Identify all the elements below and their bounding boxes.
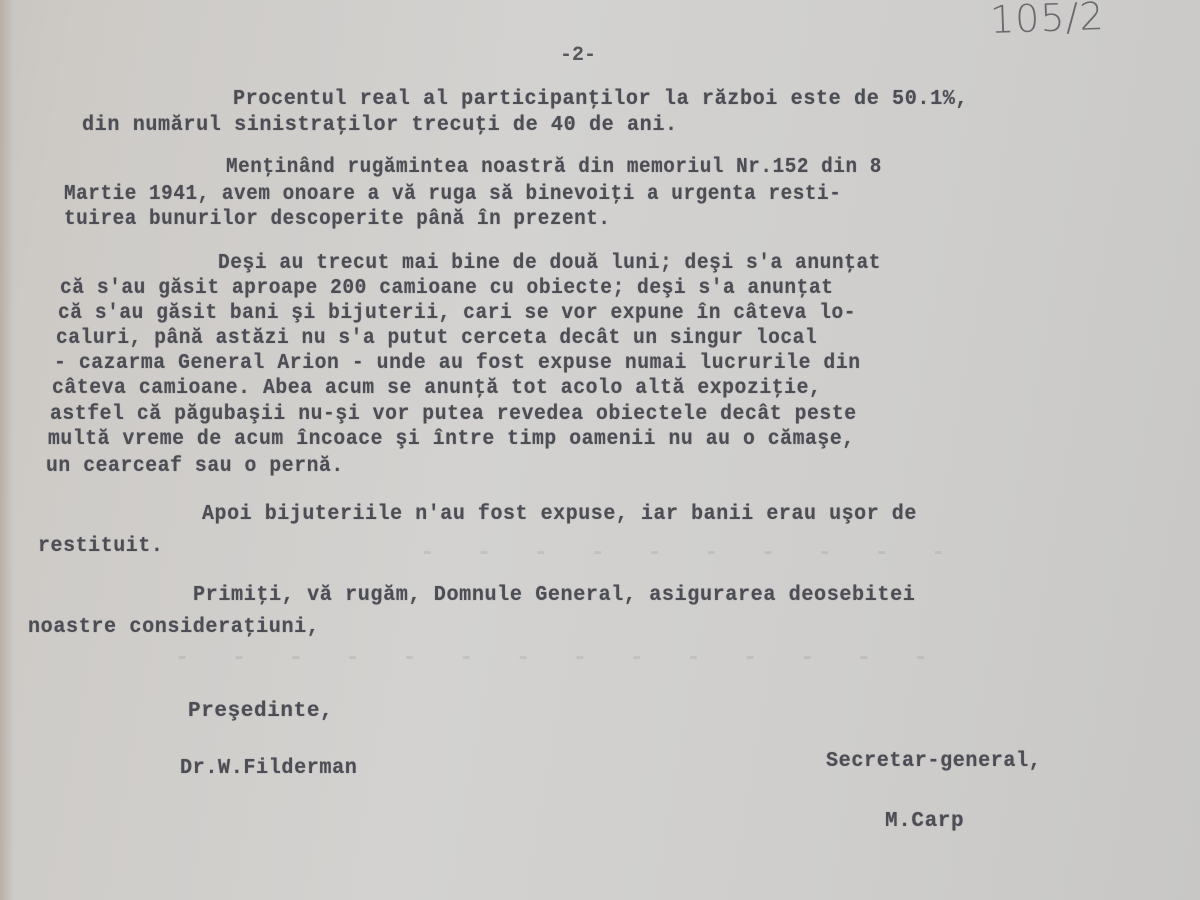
text-line: Primiţi, vă rugăm, Domnule General, asig… bbox=[193, 584, 915, 607]
text-line: caluri, până astăzi nu s'a putut cerceta… bbox=[56, 327, 817, 350]
text-line: noastre consideraţiuni, bbox=[28, 616, 320, 639]
text-line: tuirea bunurilor descoperite până în pre… bbox=[64, 208, 611, 231]
bleed-through-text: - - - - - - - - - - - - - - bbox=[175, 645, 942, 672]
text-line: câteva camioane. Abea acum se anunţă tot… bbox=[52, 377, 821, 400]
text-line: astfel că păgubaşii nu-şi vor putea reve… bbox=[50, 403, 857, 426]
text-line: Deşi au trecut mai bine de două luni; de… bbox=[218, 252, 881, 275]
text-line: - cazarma General Arion - unde au fost e… bbox=[54, 352, 861, 375]
signature-left-title: Preşedinte, bbox=[188, 700, 333, 723]
text-line: din numărul sinistraţilor trecuţi de 40 … bbox=[82, 114, 678, 137]
text-line: Menţinând rugămintea noastră din memoriu… bbox=[226, 156, 882, 179]
text-line: că s'au găsit aproape 200 camioane cu ob… bbox=[60, 277, 834, 300]
page-edge bbox=[0, 0, 14, 900]
text-line: Martie 1941, avem onoare a vă ruga să bi… bbox=[64, 183, 841, 206]
text-line: multă vreme de acum încoace şi între tim… bbox=[48, 428, 855, 451]
text-line: Procentul real al participanţilor la răz… bbox=[233, 88, 968, 111]
text-line: că s'au găsit bani şi bijuterii, cari se… bbox=[58, 302, 856, 325]
archive-number: 105/2 bbox=[989, 0, 1105, 42]
page-number: -2- bbox=[560, 44, 596, 67]
text-line: Apoi bijuteriile n'au fost expuse, iar b… bbox=[202, 503, 917, 526]
signature-left-name: Dr.W.Filderman bbox=[180, 757, 357, 780]
text-line: restituit. bbox=[38, 535, 163, 558]
text-line: un cearceaf sau o pernă. bbox=[46, 455, 344, 478]
signature-right-title: Secretar-general, bbox=[826, 750, 1041, 773]
bleed-through-text: - - - - - - - - - - bbox=[420, 540, 960, 567]
signature-right-name: M.Carp bbox=[885, 810, 964, 833]
